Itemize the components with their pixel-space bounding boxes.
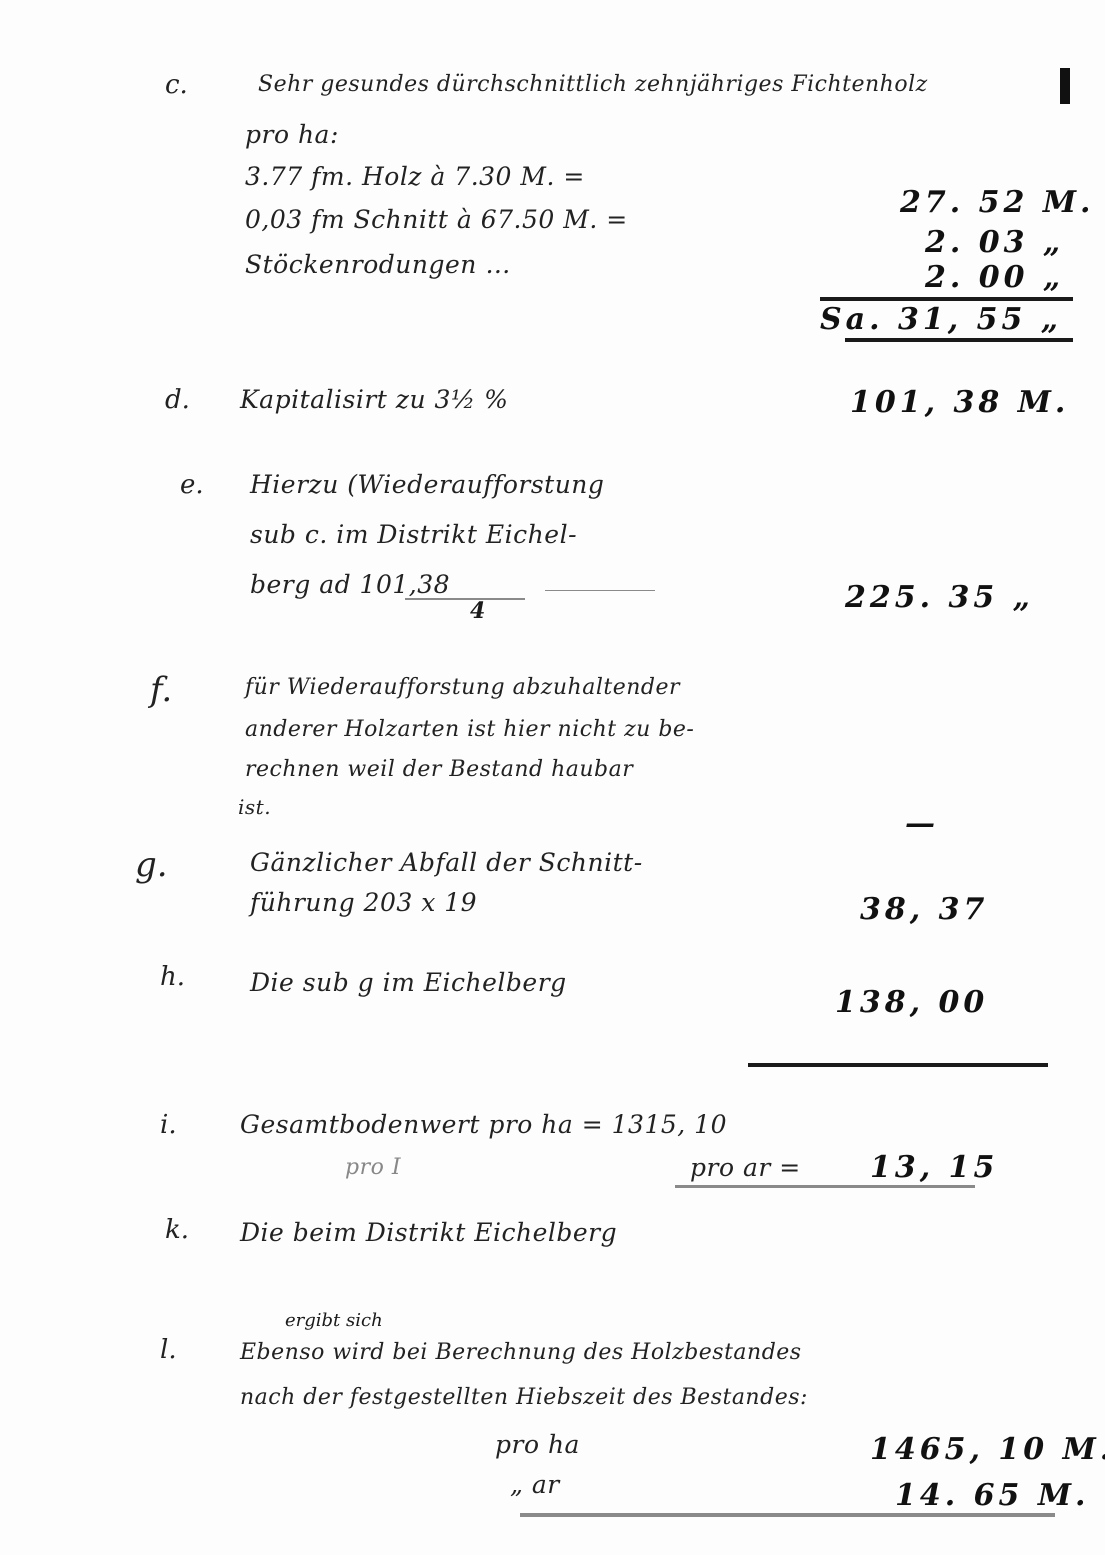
entry-c-amount-3: 2. 00 „ [925,260,1064,295]
entry-c-sum: Sa. 31, 55 „ [820,302,1062,337]
entry-e-line-2: sub c. im Distrikt Eichel- [250,520,577,549]
entry-f-line-1: für Wiederaufforstung abzuhaltender [245,675,680,700]
entry-d-line-1: Kapitalisirt zu 3½ % [240,385,508,414]
entry-label-l: l. [160,1335,177,1365]
entry-f-line-3: rechnen weil der Bestand haubar [245,757,633,782]
entry-label-e: e. [180,470,204,500]
entry-label-h: h. [160,962,185,992]
fraction-denominator: 4 [470,598,485,624]
entry-l-insertion: ergibt sich [285,1310,383,1331]
entry-c-line-2: pro ha: [245,120,339,149]
entry-l-sub-unit-2: „ ar [510,1470,560,1499]
ledger-page: c. Sehr gesundes dürchschnittlich zehnjä… [0,0,1105,1555]
entry-d-amount: 101, 38 M. [850,385,1069,420]
leader-dots [545,590,655,591]
total-rule [748,1063,1048,1067]
sum-rule-bottom [845,338,1073,342]
entry-i-amount: 13, 15 [870,1150,998,1185]
entry-g-amount: 38, 37 [860,892,988,927]
entry-i-side-note: pro I [345,1155,401,1180]
entry-e-amount: 225. 35 „ [845,580,1034,615]
entry-h-line-1: Die sub g im Eichelberg [250,968,567,997]
entry-label-i: i. [160,1110,177,1140]
entry-label-g: g. [135,845,168,885]
entry-label-c: c. [165,70,188,100]
entry-f-line-2: anderer Holzarten ist hier nicht zu be- [245,717,694,742]
entry-label-f: f. [150,670,172,710]
entry-label-d: d. [165,385,190,415]
entry-g-line-1: Gänzlicher Abfall der Schnitt- [250,848,643,877]
entry-l-line-1: Ebenso wird bei Berechnung des Holzbesta… [240,1340,802,1365]
entry-c-amount-2: 2. 03 „ [925,225,1064,260]
entry-l-line-2: nach der festgestellten Hiebszeit des Be… [240,1385,808,1410]
entry-i-rule [675,1185,975,1188]
entry-k-line-1: Die beim Distrikt Eichelberg [240,1218,617,1247]
entry-l-sub-unit-1: pro ha [495,1430,580,1459]
final-rule [520,1513,1055,1517]
entry-f-line-4: ist. [238,795,271,819]
fraction-bar [405,598,525,600]
entry-c-amount-1: 27. 52 M. [900,185,1094,220]
entry-c-line-5: Stöckenrodungen … [245,250,511,279]
sum-rule-top [820,297,1073,301]
entry-i-line-1: Gesamtbodenwert pro ha = 1315, 10 [240,1110,727,1139]
ink-blot [1060,68,1070,104]
entry-f-amount: — [905,806,939,841]
entry-h-amount: 138, 00 [835,985,988,1020]
entry-c-line-4: 0,03 fm Schnitt à 67.50 M. = [245,205,628,234]
entry-l-sub-amount-2: 14. 65 M. [895,1478,1089,1513]
entry-e-line-1: Hierzu (Wiederaufforstung [250,470,604,499]
entry-i-line-2: pro ar = [690,1153,801,1182]
entry-e-line-3: berg ad 101,38 [250,570,450,599]
entry-g-line-2: führung 203 x 19 [250,888,477,917]
entry-c-line-3: 3.77 fm. Holz à 7.30 M. = [245,162,585,191]
entry-l-sub-amount-1: 1465, 10 M. [870,1432,1105,1467]
entry-c-line-1: Sehr gesundes dürchschnittlich zehnjähri… [258,72,928,97]
entry-label-k: k. [165,1215,189,1245]
